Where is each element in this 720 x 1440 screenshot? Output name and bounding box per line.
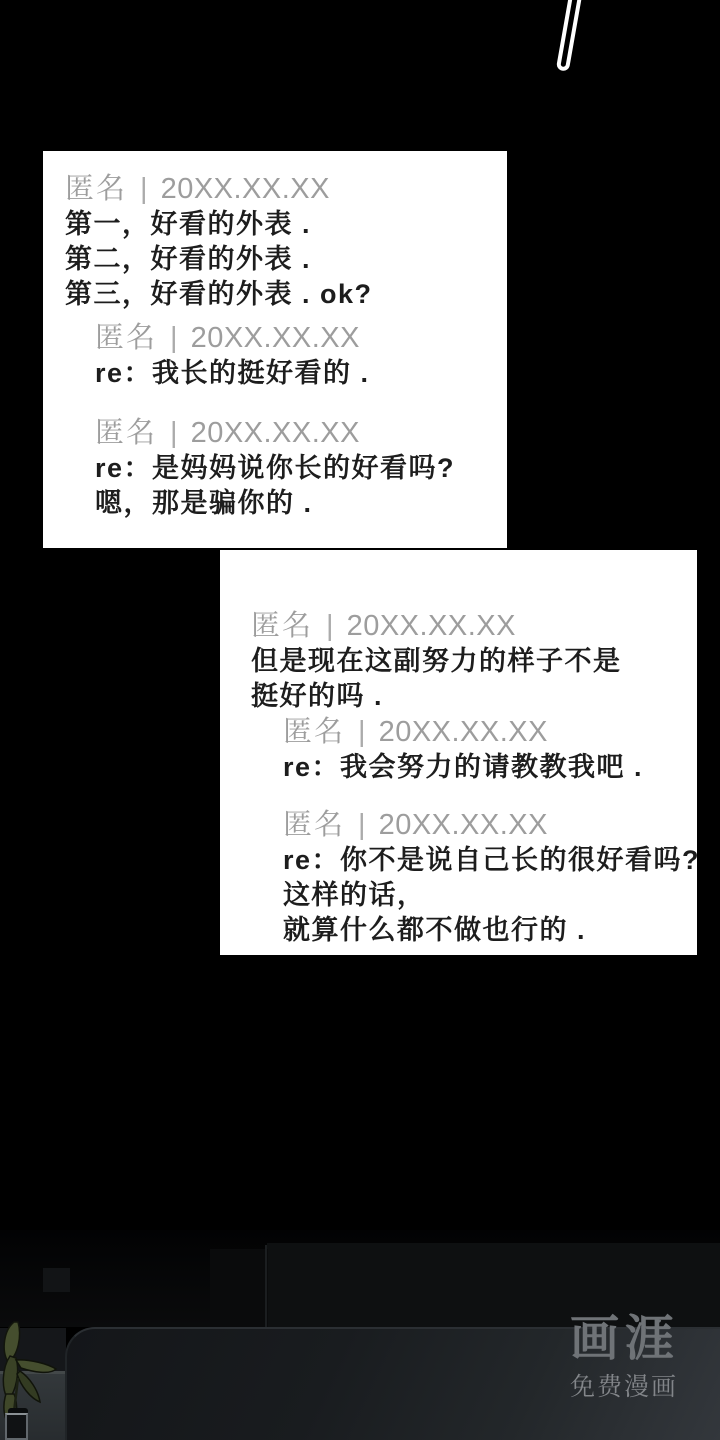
comment: 匿名|20XX.XX.XX re：我长的挺好看的 . — [95, 320, 507, 391]
watermark-subtitle: 免费漫画 — [570, 1374, 710, 1400]
comment-header: 匿名|20XX.XX.XX — [95, 320, 507, 356]
comment-date: 20XX.XX.XX — [379, 716, 548, 748]
comment-header: 匿名|20XX.XX.XX — [95, 415, 507, 451]
comment-text-line: 嗯，那是骗你的 . — [95, 486, 507, 521]
comment-date: 20XX.XX.XX — [161, 173, 330, 205]
comment-date: 20XX.XX.XX — [191, 322, 360, 354]
header-divider: | — [170, 322, 178, 354]
comment-author: 匿名 — [283, 809, 345, 841]
header-divider: | — [358, 716, 366, 748]
comment-header: 匿名|20XX.XX.XX — [283, 807, 697, 843]
comment-text-line: 就算什么都不做也行的 . — [283, 913, 697, 948]
comment: 匿名|20XX.XX.XX 但是现在这副努力的样子不是 挺好的吗 . — [251, 608, 697, 714]
comment-author: 匿名 — [95, 322, 157, 354]
comment-date: 20XX.XX.XX — [347, 610, 516, 642]
comment: 匿名|20XX.XX.XX re：你不是说自己长的很好看吗? 这样的话， 就算什… — [283, 807, 697, 948]
watermark: 画涯 免费漫画 — [570, 1313, 710, 1400]
comment-text-line: 第三，好看的外表 . ok? — [65, 277, 507, 312]
comic-page: 匿名|20XX.XX.XX 第一，好看的外表 . 第二，好看的外表 . 第三，好… — [0, 0, 720, 1440]
comment-text-line: 第二，好看的外表 . — [65, 242, 507, 277]
comment-author: 匿名 — [251, 610, 313, 642]
comment-author: 匿名 — [65, 173, 127, 205]
header-divider: | — [170, 417, 178, 449]
comment-text-line: re：我长的挺好看的 . — [95, 356, 507, 391]
comment-header: 匿名|20XX.XX.XX — [283, 714, 697, 750]
room-furniture-silhouette — [210, 1249, 268, 1327]
comment-text-line: re：你不是说自己长的很好看吗? — [283, 843, 697, 878]
header-divider: | — [358, 809, 366, 841]
comment-date: 20XX.XX.XX — [379, 809, 548, 841]
comment-header: 匿名|20XX.XX.XX — [251, 608, 697, 644]
plant-pot — [5, 1413, 28, 1440]
light-streak-icon — [556, 0, 584, 72]
room-shadow-shape — [43, 1268, 70, 1292]
header-divider: | — [140, 173, 148, 205]
comment: 匿名|20XX.XX.XX re：我会努力的请教教我吧 . — [283, 714, 697, 785]
comment-header: 匿名|20XX.XX.XX — [65, 171, 507, 207]
comment-panel-2: 匿名|20XX.XX.XX 但是现在这副努力的样子不是 挺好的吗 . 匿名|20… — [220, 550, 697, 955]
comment: 匿名|20XX.XX.XX 第一，好看的外表 . 第二，好看的外表 . 第三，好… — [65, 171, 507, 312]
comment-text-line: re：我会努力的请教教我吧 . — [283, 750, 697, 785]
comment-text-line: 第一，好看的外表 . — [65, 207, 507, 242]
comment-panel-1: 匿名|20XX.XX.XX 第一，好看的外表 . 第二，好看的外表 . 第三，好… — [43, 151, 507, 548]
comment-text-line: 但是现在这副努力的样子不是 — [251, 644, 697, 679]
comment-author: 匿名 — [95, 417, 157, 449]
comment: 匿名|20XX.XX.XX re：是妈妈说你长的好看吗? 嗯，那是骗你的 . — [95, 415, 507, 521]
comment-author: 匿名 — [283, 716, 345, 748]
watermark-logo: 画涯 — [570, 1313, 710, 1365]
header-divider: | — [326, 610, 334, 642]
comment-text-line: 挺好的吗 . — [251, 679, 697, 714]
comment-text-line: re：是妈妈说你长的好看吗? — [95, 451, 507, 486]
comment-date: 20XX.XX.XX — [191, 417, 360, 449]
room-wall-edge — [265, 1245, 267, 1327]
comment-text-line: 这样的话， — [283, 878, 697, 913]
